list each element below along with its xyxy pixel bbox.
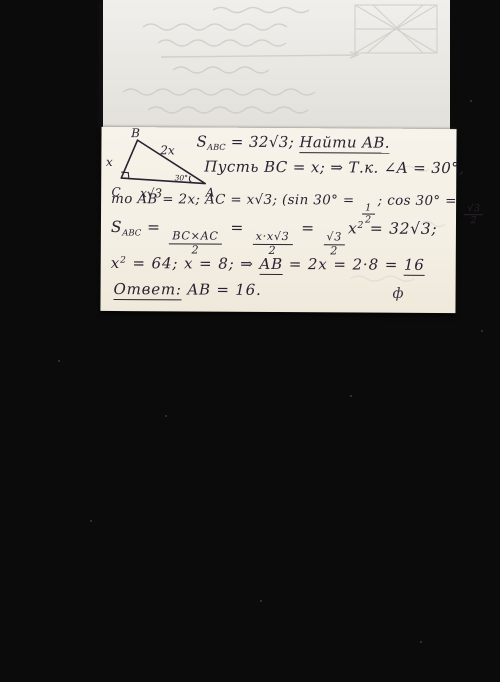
line-answer: Ответ: AB = 16. (114, 281, 262, 298)
paper-solution-sheet: B C A x 2x x√3 30° SABC = 32√3; Найти AB… (100, 127, 456, 313)
dust-speck (165, 415, 167, 417)
dust-speck (90, 520, 92, 522)
dust-speck (420, 641, 422, 643)
bleed-through-writing (103, 0, 450, 131)
line-area-formula: SABC = BC×AC2 = x·x√32 = √32x2 = 32√3; (111, 219, 438, 259)
line-let-bc-equal-x: Пусть BC = x; ⇒ Т.к. ∠A = 30°, (204, 159, 464, 177)
line-solve-x: x2 = 64; x = 8; ⇒ AB = 2x = 2·8 = 16 (111, 255, 425, 273)
dust-speck (350, 395, 352, 397)
side-left-label: x (106, 155, 113, 169)
angle-a-label: 30° (175, 173, 189, 182)
dust-speck (58, 360, 60, 362)
bleed-through-figure-sketch (355, 5, 437, 53)
dust-speck (260, 600, 262, 602)
signature-mark: ф (393, 287, 404, 302)
scanned-photo: B C A x 2x x√3 30° SABC = 32√3; Найти AB… (0, 0, 500, 682)
paper-back-sheet (103, 0, 450, 131)
dust-speck (470, 100, 472, 102)
vertex-b-label: B (130, 128, 140, 140)
dust-speck (481, 330, 483, 332)
side-hypotenuse-label: 2x (159, 143, 175, 157)
line-given-area: SABC = 32√3; Найти AB. (196, 133, 390, 153)
